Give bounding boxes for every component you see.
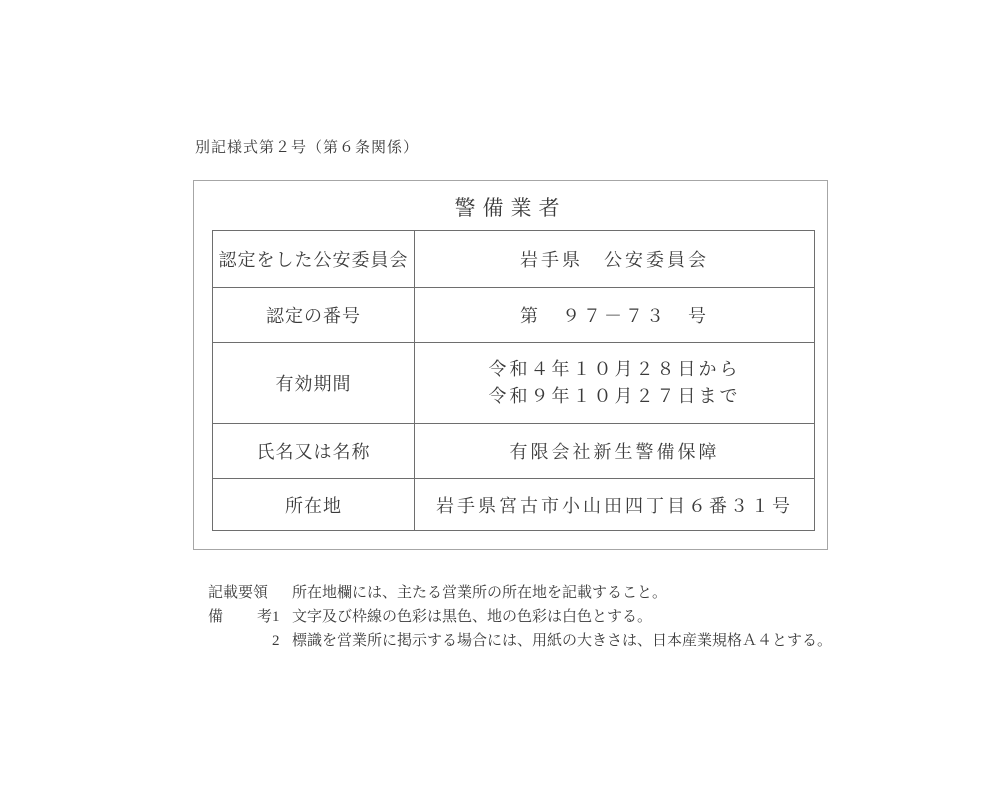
table-row-name: 氏名又は名称 有限会社新生警備保障 <box>213 424 815 479</box>
footnotes: 記載要領 所在地欄には、主たる営業所の所在地を記載すること。 備 考 1 文字及… <box>208 581 832 653</box>
security-business-sign-board: 警備業者 認定をした公安委員会 岩手県 公安委員会 認定の番号 第 ９７－７３ … <box>193 180 828 550</box>
remarks-label-justified: 備 考 <box>208 605 272 629</box>
row-label-name: 氏名又は名称 <box>213 424 415 479</box>
guideline-text: 所在地欄には、主たる営業所の所在地を記載すること。 <box>292 581 832 605</box>
form-number-label: 別記様式第２号（第６条関係） <box>195 136 419 157</box>
sign-table: 認定をした公安委員会 岩手県 公安委員会 認定の番号 第 ９７－７３ 号 有効期… <box>212 230 815 531</box>
guideline-label: 記載要領 <box>208 581 272 605</box>
table-row-certification-number: 認定の番号 第 ９７－７３ 号 <box>213 288 815 343</box>
remarks-item2-text: 標識を営業所に掲示する場合には、用紙の大きさは、日本産業規格Ａ４とする。 <box>292 629 832 653</box>
row-value-name: 有限会社新生警備保障 <box>415 424 815 479</box>
remarks-label-second-char: 考 <box>257 605 272 629</box>
validity-period-start-line: 令和４年１０月２８日から <box>415 356 814 383</box>
row-label-address: 所在地 <box>213 479 415 531</box>
row-label-validity-period: 有効期間 <box>213 343 415 424</box>
remarks-label-first-char: 備 <box>208 605 223 629</box>
remarks-item1-number: 1 <box>272 605 292 629</box>
row-value-validity-period: 令和４年１０月２８日から 令和９年１０月２７日まで <box>415 343 815 424</box>
row-label-certification-number: 認定の番号 <box>213 288 415 343</box>
sign-title: 警備業者 <box>194 192 827 222</box>
document-page: 別記様式第２号（第６条関係） 警備業者 認定をした公安委員会 岩手県 公安委員会… <box>0 0 1000 800</box>
remarks-label-spacer <box>208 629 272 653</box>
remarks-item2-number: 2 <box>272 629 292 653</box>
remarks-item1-text: 文字及び枠線の色彩は黒色、地の色彩は白色とする。 <box>292 605 832 629</box>
row-label-certifying-commission: 認定をした公安委員会 <box>213 231 415 288</box>
table-row-certifying-commission: 認定をした公安委員会 岩手県 公安委員会 <box>213 231 815 288</box>
remarks-label: 備 考 <box>208 605 272 629</box>
row-value-certification-number: 第 ９７－７３ 号 <box>415 288 815 343</box>
guideline-number-spacer <box>272 581 292 605</box>
row-value-certifying-commission: 岩手県 公安委員会 <box>415 231 815 288</box>
table-row-validity-period: 有効期間 令和４年１０月２８日から 令和９年１０月２７日まで <box>213 343 815 424</box>
validity-period-end-line: 令和９年１０月２７日まで <box>415 383 814 410</box>
row-value-address: 岩手県宮古市小山田四丁目６番３１号 <box>415 479 815 531</box>
table-row-address: 所在地 岩手県宮古市小山田四丁目６番３１号 <box>213 479 815 531</box>
